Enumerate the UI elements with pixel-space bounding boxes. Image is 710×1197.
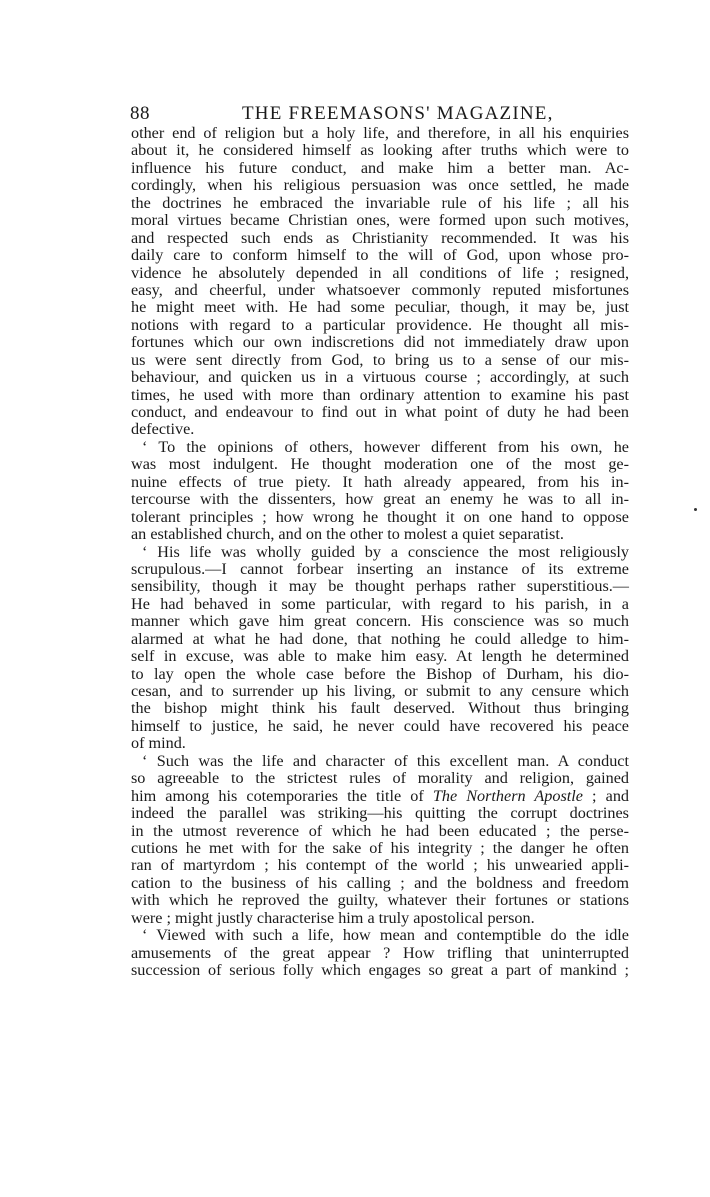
text-line: fortunes which our own indiscretions did… (131, 334, 629, 351)
text-line: sensibility, though it may be thought pe… (131, 578, 629, 595)
text-line: conduct, and endeavour to find out in wh… (131, 404, 629, 421)
italic-title: The Northern Apostle (433, 787, 583, 805)
text-line: cesan, and to surrender up his living, o… (131, 683, 629, 700)
text-line: of mind. (131, 735, 629, 752)
text-line: cation to the business of his calling ; … (131, 875, 629, 892)
text-line: defective. (131, 421, 629, 438)
text-line: tercourse with the dissenters, how great… (131, 491, 629, 508)
text-line: succession of serious folly which engage… (131, 962, 629, 979)
text-line: self in excuse, was able to make him eas… (131, 648, 629, 665)
text-line: times, he used with more than ordinary a… (131, 387, 629, 404)
text-line: He had behaved in some particular, with … (131, 596, 629, 613)
text-line: ‘ To the opinions of others, however dif… (131, 439, 629, 456)
text-line: ‘ Viewed with such a life, how mean and … (131, 927, 629, 944)
text-line: nuine effects of true piety. It hath alr… (131, 474, 629, 491)
text-line: us were sent directly from God, to bring… (131, 352, 629, 369)
text-line: cordingly, when his religious persuasion… (131, 177, 629, 194)
book-page: 88 THE FREEMASONS' MAGAZINE, other end o… (0, 0, 710, 1197)
text-line: with which he reproved the guilty, whate… (131, 892, 629, 909)
text-line: so agreeable to the strictest rules of m… (131, 770, 629, 787)
text-line: ‘ Such was the life and character of thi… (131, 753, 629, 770)
text-line: to lay open the whole case before the Bi… (131, 666, 629, 683)
text-line: daily care to conform himself to the wil… (131, 247, 629, 264)
text-line: indeed the parallel was striking—his qui… (131, 805, 629, 822)
text-line: ran of martyrdom ; his contempt of the w… (131, 857, 629, 874)
text-line: an established church, and on the other … (131, 526, 629, 543)
text-line: him among his cotemporaries the title of… (131, 788, 629, 805)
text-line: amusements of the great appear ? How tri… (131, 945, 629, 962)
text-line: moral virtues became Christian ones, wer… (131, 212, 629, 229)
text-line: he might meet with. He had some peculiar… (131, 299, 629, 316)
text-line: himself to justice, he said, he never co… (131, 718, 629, 735)
text-line: were ; might justly characterise him a t… (131, 910, 629, 927)
body-text: other end of religion but a holy life, a… (131, 125, 629, 979)
text-line: the bishop might think his fault deserve… (131, 700, 629, 717)
text-line: alarmed at what he had done, that nothin… (131, 631, 629, 648)
text-segment: ; and (592, 787, 629, 805)
text-line: ‘ His life was wholly guided by a consci… (131, 544, 629, 561)
text-line: behaviour, and quicken us in a virtuous … (131, 369, 629, 386)
text-line: the doctrines he embraced the invariable… (131, 195, 629, 212)
page-number: 88 (130, 103, 150, 125)
text-line: easy, and cheerful, under whatsoever com… (131, 282, 629, 299)
text-line: notions with regard to a particular prov… (131, 317, 629, 334)
magazine-title: THE FREEMASONS' MAGAZINE, (242, 103, 554, 125)
text-line: about it, he considered himself as looki… (131, 142, 629, 159)
print-speck (694, 508, 697, 511)
text-line: and respected such ends as Christianity … (131, 230, 629, 247)
text-line: was most indulgent. He thought moderatio… (131, 456, 629, 473)
text-line: influence his future conduct, and make h… (131, 160, 629, 177)
text-line: scrupulous.—I cannot forbear inserting a… (131, 561, 629, 578)
text-line: in the utmost reverence of which he had … (131, 823, 629, 840)
text-line: cutions he met with for the sake of his … (131, 840, 629, 857)
text-line: tolerant principles ; how wrong he thoug… (131, 509, 629, 526)
text-line: other end of religion but a holy life, a… (131, 125, 629, 142)
text-line: manner which gave him great concern. His… (131, 613, 629, 630)
text-line: vidence he absolutely depended in all co… (131, 265, 629, 282)
text-segment: him among his cotemporaries the title of (131, 787, 424, 805)
